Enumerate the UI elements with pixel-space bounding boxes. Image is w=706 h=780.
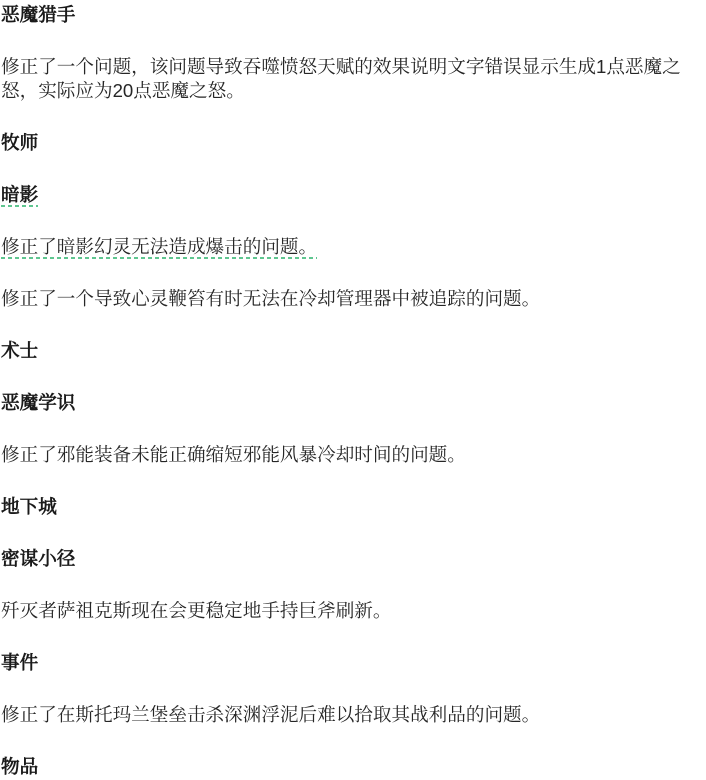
paragraph-shadow-fix-1-spellcheck-underline[interactable]: 修正了暗影幻灵无法造成爆击的问题。	[1, 236, 317, 259]
paragraph-demonology-fix-text: 修正了邪能装备未能正确缩短邪能风暴冷却时间的问题。	[1, 444, 466, 465]
paragraph-shadow-fix-2: 修正了一个导致心灵鞭笞有时无法在冷却管理器中被追踪的问题。	[1, 287, 706, 311]
heading-shadow-label-spellcheck-underline[interactable]: 暗影	[1, 184, 38, 207]
heading-events-label: 事件	[1, 652, 38, 673]
paragraph-events-fix: 修正了在斯托玛兰堡垒击杀深渊浮泥后难以拾取其战利品的问题。	[1, 703, 706, 727]
paragraph-demonology-fix: 修正了邪能装备未能正确缩短邪能风暴冷却时间的问题。	[1, 443, 706, 467]
heading-dungeon-name-label: 密谋小径	[1, 548, 75, 569]
paragraph-demon-hunter-fix-text: 修正了一个问题，该问题导致吞噬愤怒天赋的效果说明文字错误显示生成1点恶魔之怒，实…	[1, 56, 681, 101]
heading-dungeons: 地下城	[1, 495, 706, 519]
heading-warlock: 术士	[1, 339, 706, 363]
heading-dungeons-label: 地下城	[1, 496, 57, 517]
heading-dungeon-name: 密谋小径	[1, 547, 706, 571]
paragraph-dungeon-fix-text: 歼灭者萨祖克斯现在会更稳定地手持巨斧刷新。	[1, 600, 391, 621]
paragraph-events-fix-text: 修正了在斯托玛兰堡垒击杀深渊浮泥后难以拾取其战利品的问题。	[1, 704, 540, 725]
paragraph-shadow-fix-2-text: 修正了一个导致心灵鞭笞有时无法在冷却管理器中被追踪的问题。	[1, 288, 540, 309]
heading-items-label: 物品	[1, 756, 38, 777]
heading-demonology: 恶魔学识	[1, 391, 706, 415]
heading-demon-hunter-label: 恶魔猎手	[1, 4, 75, 25]
heading-warlock-label: 术士	[1, 340, 38, 361]
paragraph-dungeon-fix: 歼灭者萨祖克斯现在会更稳定地手持巨斧刷新。	[1, 599, 706, 623]
patch-notes-document: 恶魔猎手 修正了一个问题，该问题导致吞噬愤怒天赋的效果说明文字错误显示生成1点恶…	[0, 0, 706, 779]
heading-priest: 牧师	[1, 131, 706, 155]
heading-priest-label: 牧师	[1, 132, 38, 153]
heading-demonology-label: 恶魔学识	[1, 392, 75, 413]
paragraph-shadow-fix-1: 修正了暗影幻灵无法造成爆击的问题。	[1, 235, 706, 259]
paragraph-demon-hunter-fix: 修正了一个问题，该问题导致吞噬愤怒天赋的效果说明文字错误显示生成1点恶魔之怒，实…	[1, 55, 706, 103]
heading-events: 事件	[1, 651, 706, 675]
heading-items: 物品	[1, 755, 706, 779]
heading-demon-hunter: 恶魔猎手	[1, 3, 706, 27]
heading-shadow: 暗影	[1, 183, 706, 207]
